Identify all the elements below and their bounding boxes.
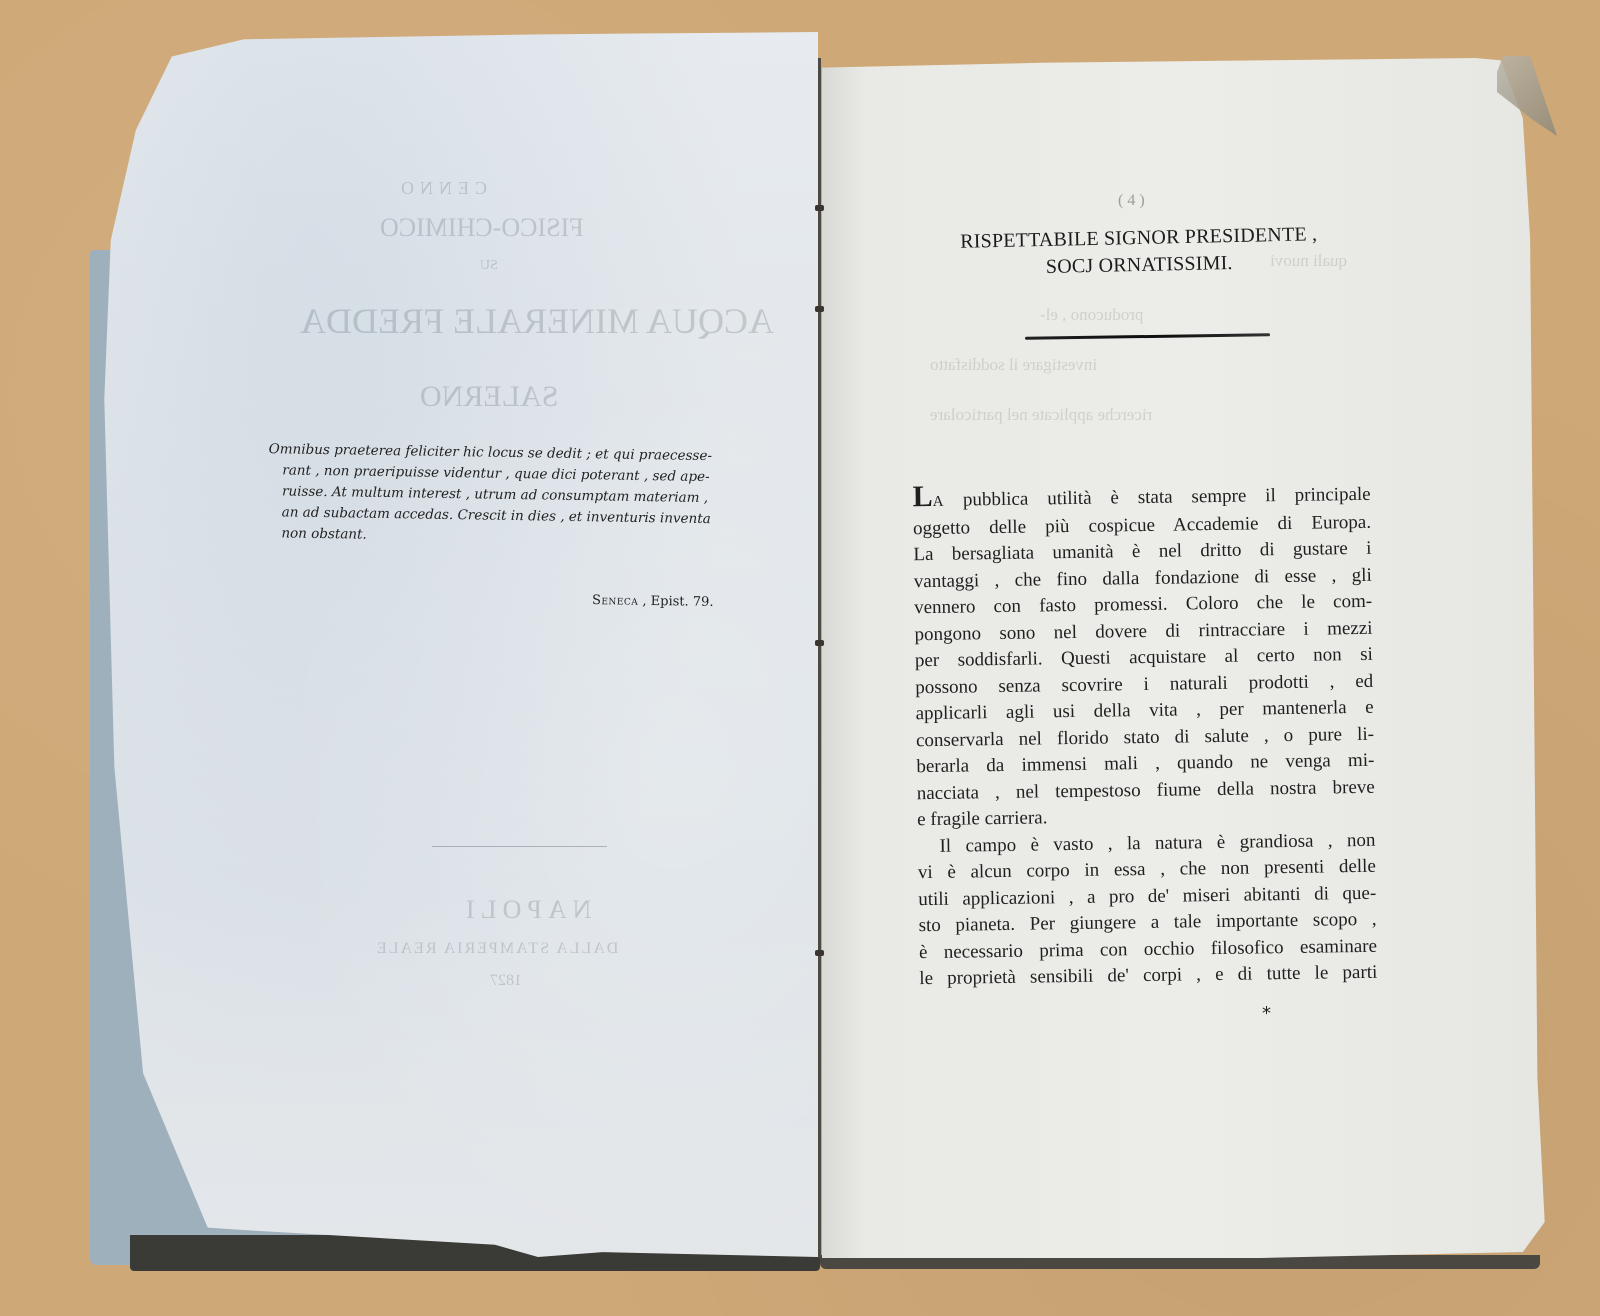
body-text: LA pubblica utilità è stata sempre il pr…: [912, 481, 1377, 993]
salutation-heading: RISPETTABILE SIGNOR PRESIDENTE , SOCJ OR…: [933, 221, 1344, 284]
bleed-through-line: 1827: [490, 972, 522, 990]
body-line-text: pubblica utilità è stata sempre il princ…: [944, 484, 1371, 511]
epigraph: Omnibus praeterea feliciter hic locus se…: [267, 439, 761, 552]
bleed-through-line: DALLA STAMPERIA REALE: [375, 940, 618, 958]
epigraph-citation: Seneca , Epist. 79.: [592, 593, 714, 610]
bleed-through-rule: [432, 846, 607, 847]
drop-cap-rest: A: [933, 494, 945, 510]
bleed-through-right: investigare il soddisfatto: [930, 352, 1097, 378]
citation-author: Seneca: [592, 593, 639, 609]
signature-mark: *: [1262, 1003, 1271, 1024]
bleed-through-line: FISICO-CHIMICO: [380, 213, 584, 243]
bleed-through-line: NAPOLI: [460, 895, 591, 925]
bleed-through-right: ricerche applicate nel particolare: [930, 402, 1152, 428]
drop-cap: L: [912, 480, 932, 513]
page-number: ( 4 ): [1118, 192, 1145, 210]
citation-reference: , Epist. 79.: [638, 594, 713, 610]
binding-stitch: [815, 306, 824, 312]
binding-stitch: [815, 640, 824, 646]
bleed-through-line: CENNO: [395, 178, 487, 199]
bleed-through-line: SALERNO: [420, 380, 558, 414]
bleed-through-right: producono , el-: [1040, 302, 1143, 328]
bleed-through-line: ACQUA MINERALE FREDDA: [300, 300, 774, 342]
book-gutter: [818, 58, 821, 1258]
binding-stitch: [815, 950, 824, 956]
binding-stitch: [815, 205, 824, 211]
open-book: CENNO FISICO-CHIMICO SU ACQUA MINERALE F…: [0, 0, 1600, 1316]
bleed-through-line: SU: [480, 258, 498, 274]
